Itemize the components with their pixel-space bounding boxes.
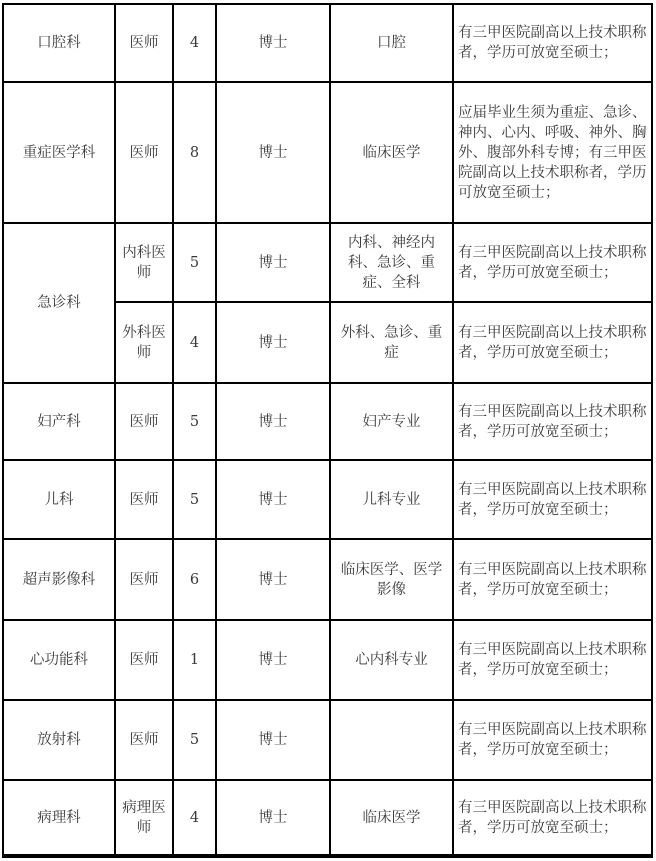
cell-degree: 博士 xyxy=(216,539,330,620)
cell-major: 儿科专业 xyxy=(330,460,453,539)
cell-major: 临床医学 xyxy=(330,780,453,856)
cell-note: 有三甲医院副高以上技术职称者，学历可放宽至硕士； xyxy=(453,620,652,700)
cell-note: 有三甲医院副高以上技术职称者，学历可放宽至硕士； xyxy=(453,539,652,620)
cell-note: 有三甲医院副高以上技术职称者，学历可放宽至硕士； xyxy=(453,223,652,302)
document-page: 口腔科 医师 4 博士 口腔 有三甲医院副高以上技术职称者，学历可放宽至硕士； … xyxy=(0,0,656,861)
table-row: 重症医学科 医师 8 博士 临床医学 应届毕业生须为重症、急诊、神内、心内、呼吸… xyxy=(3,82,652,223)
cell-position: 医师 xyxy=(115,620,173,700)
cell-degree: 博士 xyxy=(216,620,330,700)
cell-position: 外科医师 xyxy=(115,302,173,383)
cell-department: 重症医学科 xyxy=(3,82,115,223)
cell-count: 6 xyxy=(173,539,216,620)
recruitment-table: 口腔科 医师 4 博士 口腔 有三甲医院副高以上技术职称者，学历可放宽至硕士； … xyxy=(2,3,653,858)
cell-major: 临床医学、医学影像 xyxy=(330,539,453,620)
table-row: 超声影像科 医师 6 博士 临床医学、医学影像 有三甲医院副高以上技术职称者，学… xyxy=(3,539,652,620)
cell-count: 5 xyxy=(173,460,216,539)
cell-position: 医师 xyxy=(115,539,173,620)
cell-degree: 博士 xyxy=(216,4,330,82)
cell-count: 5 xyxy=(173,223,216,302)
cell-degree: 博士 xyxy=(216,223,330,302)
cell-department: 超声影像科 xyxy=(3,539,115,620)
table-row: 心功能科 医师 1 博士 心内科专业 有三甲医院副高以上技术职称者，学历可放宽至… xyxy=(3,620,652,700)
cell-note: 有三甲医院副高以上技术职称者，学历可放宽至硕士； xyxy=(453,302,652,383)
cell-position: 医师 xyxy=(115,700,173,780)
cell-major: 口腔 xyxy=(330,4,453,82)
cell-department: 妇产科 xyxy=(3,383,115,460)
cell-major xyxy=(330,700,453,780)
cell-department: 口腔科 xyxy=(3,4,115,82)
cell-note: 应届毕业生须为重症、急诊、神内、心内、呼吸、神外、胸外、腹部外科专博；有三甲医院… xyxy=(453,82,652,223)
cell-note: 有三甲医院副高以上技术职称者，学历可放宽至硕士； xyxy=(453,700,652,780)
table-row: 病理科 病理医师 4 博士 临床医学 有三甲医院副高以上技术职称者，学历可放宽至… xyxy=(3,780,652,856)
table-row: 急诊科 内科医师 5 博士 内科、神经内科、急诊、重症、全科 有三甲医院副高以上… xyxy=(3,223,652,302)
cell-department: 放射科 xyxy=(3,700,115,780)
cell-position: 医师 xyxy=(115,383,173,460)
cell-count: 4 xyxy=(173,4,216,82)
cell-degree: 博士 xyxy=(216,460,330,539)
cell-note: 有三甲医院副高以上技术职称者，学历可放宽至硕士； xyxy=(453,4,652,82)
cell-count: 1 xyxy=(173,620,216,700)
cell-position: 内科医师 xyxy=(115,223,173,302)
cell-degree: 博士 xyxy=(216,82,330,223)
cell-note: 有三甲医院副高以上技术职称者，学历可放宽至硕士； xyxy=(453,780,652,856)
cell-major: 妇产专业 xyxy=(330,383,453,460)
cell-note: 有三甲医院副高以上技术职称者，学历可放宽至硕士； xyxy=(453,460,652,539)
cell-count: 5 xyxy=(173,700,216,780)
table-row: 放射科 医师 5 博士 有三甲医院副高以上技术职称者，学历可放宽至硕士； xyxy=(3,700,652,780)
cell-department: 儿科 xyxy=(3,460,115,539)
cell-count: 8 xyxy=(173,82,216,223)
cell-major: 心内科专业 xyxy=(330,620,453,700)
cell-position: 医师 xyxy=(115,4,173,82)
cell-position: 病理医师 xyxy=(115,780,173,856)
table-row: 妇产科 医师 5 博士 妇产专业 有三甲医院副高以上技术职称者，学历可放宽至硕士… xyxy=(3,383,652,460)
cell-department: 病理科 xyxy=(3,780,115,856)
cell-major: 外科、急诊、重症 xyxy=(330,302,453,383)
cell-department: 心功能科 xyxy=(3,620,115,700)
cell-degree: 博士 xyxy=(216,780,330,856)
cell-major: 内科、神经内科、急诊、重症、全科 xyxy=(330,223,453,302)
cell-count: 4 xyxy=(173,302,216,383)
table-row: 儿科 医师 5 博士 儿科专业 有三甲医院副高以上技术职称者，学历可放宽至硕士； xyxy=(3,460,652,539)
cell-degree: 博士 xyxy=(216,302,330,383)
cell-position: 医师 xyxy=(115,82,173,223)
cell-major: 临床医学 xyxy=(330,82,453,223)
cell-department: 急诊科 xyxy=(3,223,115,383)
cell-count: 4 xyxy=(173,780,216,856)
cell-degree: 博士 xyxy=(216,383,330,460)
cell-degree: 博士 xyxy=(216,700,330,780)
cell-count: 5 xyxy=(173,383,216,460)
cell-position: 医师 xyxy=(115,460,173,539)
table-row: 口腔科 医师 4 博士 口腔 有三甲医院副高以上技术职称者，学历可放宽至硕士； xyxy=(3,4,652,82)
cell-note: 有三甲医院副高以上技术职称者，学历可放宽至硕士； xyxy=(453,383,652,460)
